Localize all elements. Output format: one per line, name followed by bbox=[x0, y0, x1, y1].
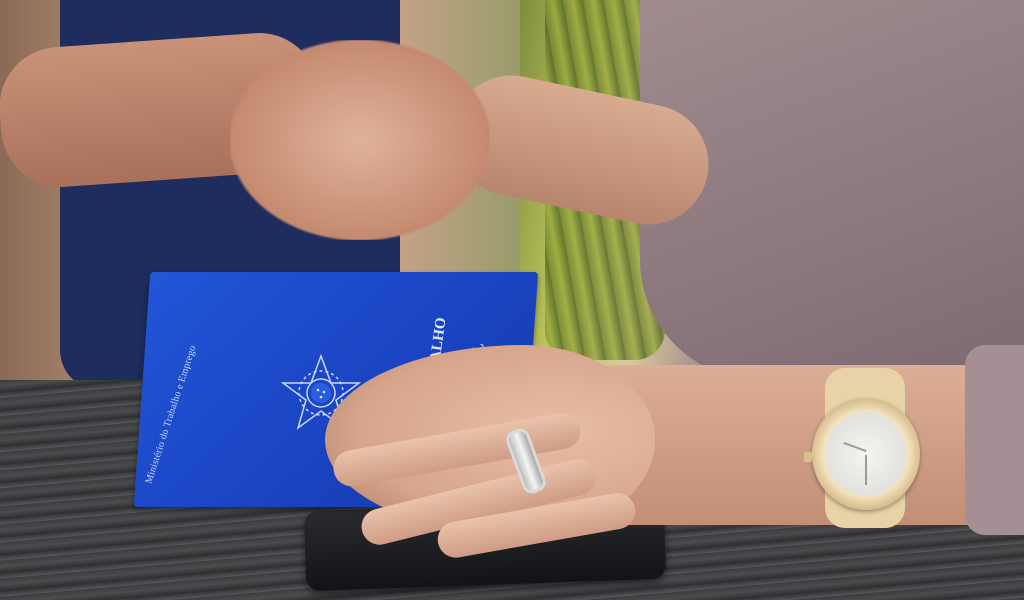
handshake bbox=[230, 40, 490, 240]
watch-crown bbox=[804, 452, 812, 462]
watch-hour-hand bbox=[865, 455, 867, 485]
sleeve-cuff bbox=[965, 345, 1024, 535]
photo-scene: Ministério do Trabalho e Emprego RA DE T… bbox=[0, 0, 1024, 600]
